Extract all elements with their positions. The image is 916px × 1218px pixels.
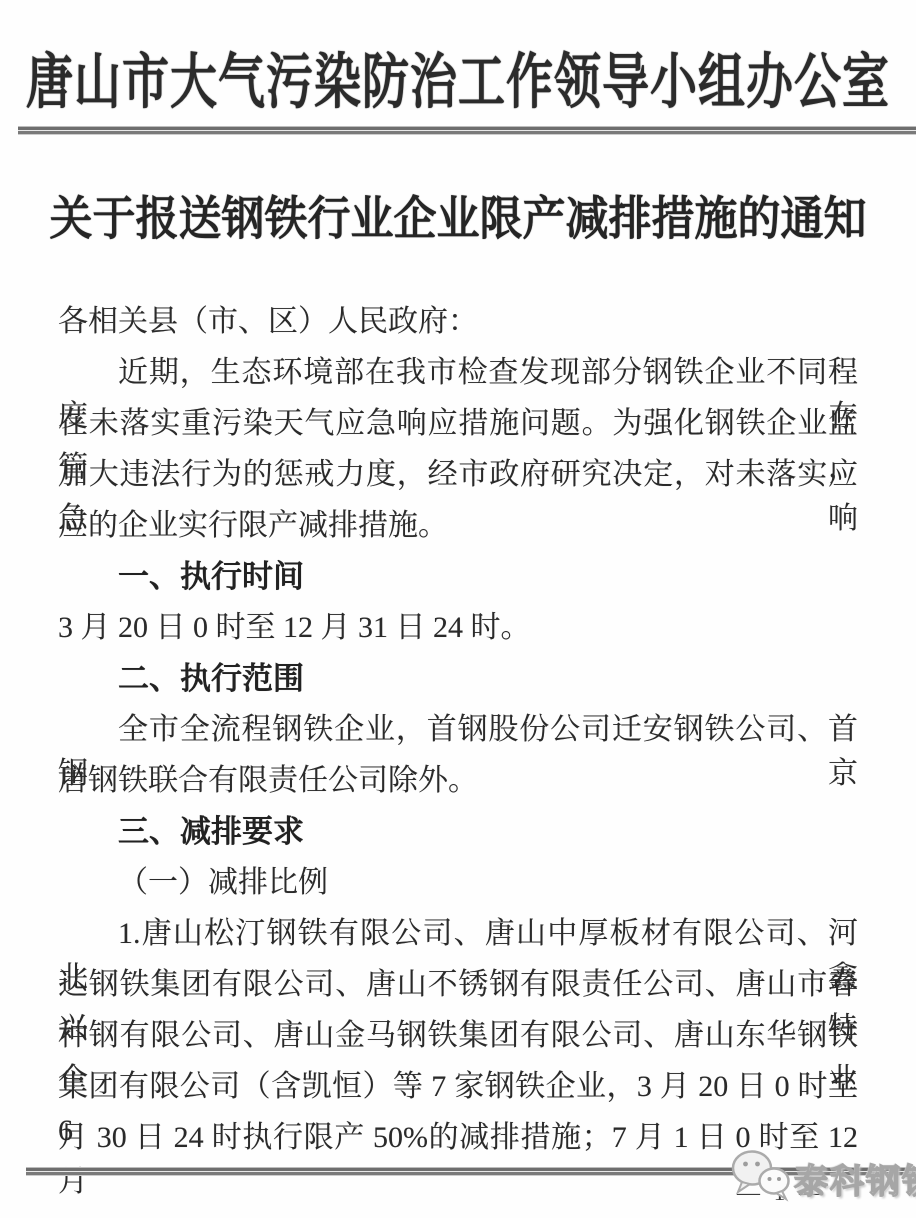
wechat-icon bbox=[730, 1148, 792, 1209]
body-line: 1.唐山松汀钢铁有限公司、唐山中厚板材有限公司、河北鑫 bbox=[58, 912, 858, 963]
body-line-salutation: 各相关县（市、区）人民政府： bbox=[58, 300, 858, 351]
letterhead-title: 唐山市大气污染防治工作领导小组办公室 bbox=[26, 34, 890, 120]
body-line: 全市全流程钢铁企业，首钢股份公司迁安钢铁公司、首钢京 bbox=[58, 708, 858, 759]
document-title: 关于报送钢铁行业企业限产减排措施的通知 bbox=[50, 182, 867, 248]
body-line: 集团有限公司（含凯恒）等 7 家钢铁企业，3 月 20 日 0 时至 6 bbox=[58, 1065, 858, 1116]
section-heading-1: 一、执行时间 bbox=[58, 555, 858, 606]
body-line: 种钢有限公司、唐山金马钢铁集团有限公司、唐山东华钢铁企业 bbox=[58, 1014, 858, 1065]
body-line: 在未落实重污染天气应急响应措施问题。为强化钢铁企业监管， bbox=[58, 402, 858, 453]
body-line: 近期，生态环境部在我市检查发现部分钢铁企业不同程度存 bbox=[58, 351, 858, 402]
scanned-document-page: 唐山市大气污染防治工作领导小组办公室 关于报送钢铁行业企业限产减排措施的通知 各… bbox=[0, 0, 916, 1218]
subsection-heading: （一）减排比例 bbox=[58, 861, 858, 912]
body-line: 达钢铁集团有限公司、唐山不锈钢有限责任公司、唐山市春兴特 bbox=[58, 963, 858, 1014]
section-heading-2: 二、执行范围 bbox=[58, 657, 858, 708]
body-line: 3 月 20 日 0 时至 12 月 31 日 24 时。 bbox=[58, 606, 858, 657]
watermark-label: 泰科钢铁 bbox=[794, 1154, 916, 1203]
document-title-row: 关于报送钢铁行业企业限产减排措施的通知 bbox=[0, 186, 916, 244]
letterhead-divider-rule bbox=[18, 126, 916, 135]
document-body: 各相关县（市、区）人民政府： 近期，生态环境部在我市检查发现部分钢铁企业不同程度… bbox=[58, 300, 858, 1167]
body-line: 加大违法行为的惩戒力度，经市政府研究决定，对未落实应急响 bbox=[58, 453, 858, 504]
letterhead-banner: 唐山市大气污染防治工作领导小组办公室 bbox=[0, 34, 916, 120]
section-heading-3: 三、减排要求 bbox=[58, 810, 858, 861]
watermark-taike-steel: 泰科钢铁 bbox=[728, 1144, 916, 1208]
